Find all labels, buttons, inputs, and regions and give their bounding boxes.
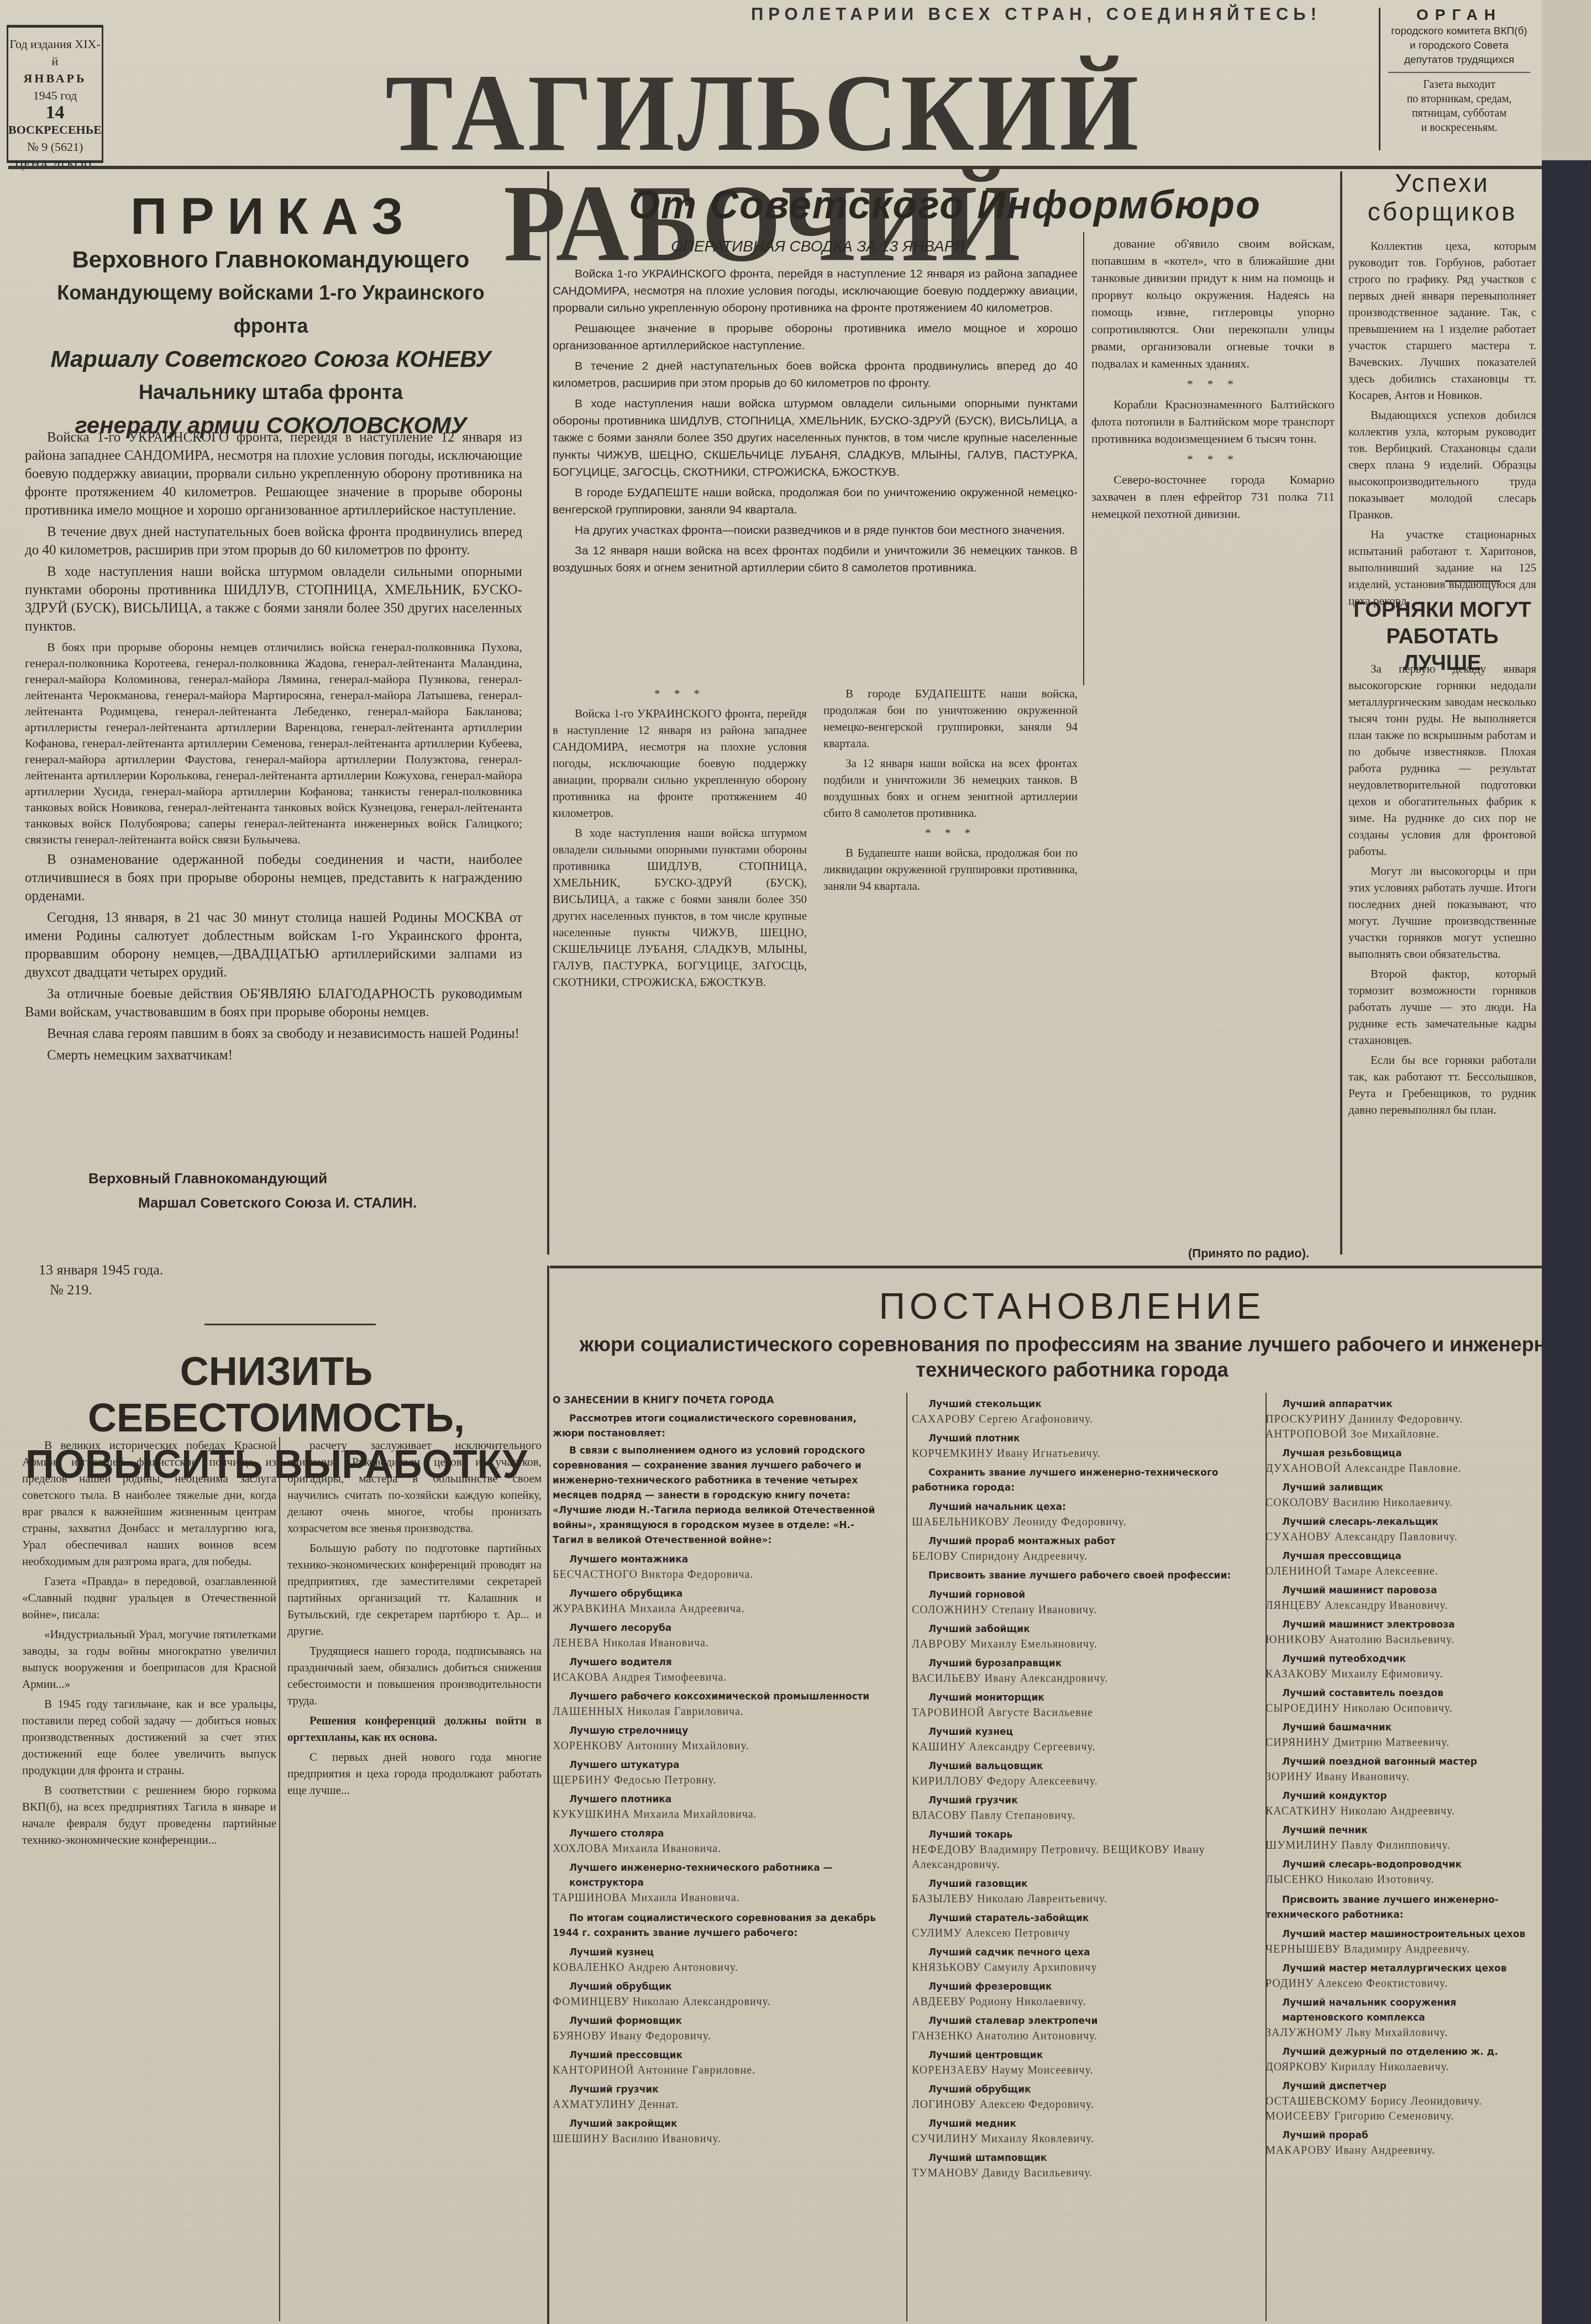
award-name: ЗАЛУЖНОМУ Льву Михайловичу. bbox=[1266, 2026, 1536, 2040]
paragraph: Могут ли высокогорцы и при этих условиях… bbox=[1348, 863, 1536, 962]
award-title: Лучшая прессовщица bbox=[1266, 1549, 1536, 1564]
paragraph: В городе БУДАПЕШТЕ наши войска, продолжа… bbox=[553, 484, 1078, 518]
paragraph: В соответствии с решением бюро горкома В… bbox=[22, 1782, 276, 1848]
award-name: ОЛЕНИНОЙ Тамаре Алексеевне. bbox=[1266, 1564, 1536, 1579]
award-name: БЕСЧАСТНОГО Виктора Федоровича. bbox=[553, 1567, 884, 1582]
award-name: АХМАТУЛИНУ Деннат. bbox=[553, 2097, 884, 2112]
award-title: Лучшего столяра bbox=[553, 1827, 884, 1842]
day: 14 bbox=[8, 104, 102, 121]
award-name: КАСАТКИНУ Николаю Андреевичу. bbox=[1266, 1804, 1536, 1819]
organ-line: городского комитета ВКП(б) bbox=[1380, 24, 1538, 39]
award-name: ТАРОВИНОЙ Августе Васильевне bbox=[912, 1706, 1238, 1720]
prikaz-body: Войска 1-го УКРАИНСКОГО фронта, перейдя … bbox=[25, 428, 522, 1068]
award-name: ЛАВРОВУ Михаилу Емельяновичу. bbox=[912, 1637, 1238, 1652]
award-title: Лучшего рабочего коксохимической промышл… bbox=[553, 1690, 884, 1704]
prikaz-addressees: Верховного Главнокомандующего Командующе… bbox=[22, 243, 519, 442]
weekday: ВОСКРЕСЕНЬЕ bbox=[8, 121, 102, 138]
award-title: Лучший прораб монтажных работ bbox=[912, 1534, 1238, 1549]
paragraph: расчету заслуживает исключительного вним… bbox=[287, 1437, 542, 1536]
award-title: Лучший начальник сооружения мартеновског… bbox=[1266, 1996, 1536, 2026]
separator-stars: * * * bbox=[1091, 375, 1335, 392]
prikaz-heading: ПРИКАЗ bbox=[0, 188, 547, 246]
award-name: ЛЫСЕНКО Николаю Изотовичу. bbox=[1266, 1872, 1536, 1887]
sovinformburo-low-col-2: В городе БУДАПЕШТЕ наши войска, продолжа… bbox=[823, 685, 1078, 898]
award-title: Лучший кузнец bbox=[553, 1945, 884, 1960]
award-title: Лучшего плотника bbox=[553, 1792, 884, 1807]
sovinformburo-low-col-1: * * * Войска 1-го УКРАИНСКОГО фронта, пе… bbox=[553, 685, 807, 994]
paragraph: Если бы все горняки работали так, как ра… bbox=[1348, 1052, 1536, 1118]
award-name: ШАБЕЛЬНИКОВУ Леониду Федоровичу. bbox=[912, 1515, 1238, 1530]
paragraph: В боях при прорыве обороны немцев отличи… bbox=[25, 639, 522, 847]
award-name: ЛАШЕННЫХ Николая Гавриловича. bbox=[553, 1704, 884, 1719]
award-title: Лучшего лесоруба bbox=[553, 1621, 884, 1636]
award-title: Лучший токарь bbox=[912, 1828, 1238, 1843]
paragraph: Войска 1-го УКРАИНСКОГО фронта, перейдя … bbox=[553, 265, 1078, 317]
award-title: Лучший путеобходчик bbox=[1266, 1652, 1536, 1667]
award-name: БЕЛОВУ Спиридону Андреевичу. bbox=[912, 1549, 1238, 1564]
paragraph: Выдающихся успехов добился коллектив узл… bbox=[1348, 407, 1536, 523]
award-name: ЛЕНЕВА Николая Ивановича. bbox=[553, 1636, 884, 1651]
paragraph: В течение двух дней наступательных боев … bbox=[25, 523, 522, 559]
intro: Рассмотрев итоги социалистического сорев… bbox=[553, 1412, 884, 1441]
award-name: ХОРЕНКОВУ Антонину Михайловну. bbox=[553, 1739, 884, 1754]
award-name: ВЛАСОВУ Павлу Степановичу. bbox=[912, 1808, 1238, 1823]
column-divider bbox=[1083, 232, 1084, 685]
intro: Сохранить звание лучшего инженерно-техни… bbox=[912, 1466, 1238, 1496]
separator-stars: * * * bbox=[823, 825, 1078, 841]
award-title: Лучший мониторщик bbox=[912, 1691, 1238, 1706]
paragraph: В течение 2 дней наступательных боев вой… bbox=[553, 358, 1078, 392]
editorial-col-1: В великих исторических победах Красной А… bbox=[22, 1437, 276, 1851]
prikaz-sub-line: Начальнику штаба фронта bbox=[22, 376, 519, 409]
intro: По итогам социалистического соревнования… bbox=[553, 1911, 884, 1941]
award-title: Лучший стекольщик bbox=[912, 1397, 1238, 1412]
sovinformburo-summary: Войска 1-го УКРАИНСКОГО фронта, перейдя … bbox=[553, 265, 1078, 580]
award-name: СОКОЛОВУ Василию Николаевичу. bbox=[1266, 1496, 1536, 1510]
award-name: РОДИНУ Алексею Феоктистовичу. bbox=[1266, 1976, 1536, 1991]
newspaper-page: Год издания XIX-й ЯНВАРЬ 1945 год 14 ВОС… bbox=[0, 0, 1542, 2324]
paragraph: Решающее значение в прорыве обороны прот… bbox=[553, 320, 1078, 354]
editorial-col-2: расчету заслуживает исключительного вним… bbox=[287, 1437, 542, 1802]
award-title: Лучший старатель-забойщик bbox=[912, 1911, 1238, 1926]
award-name: ЩЕРБИНУ Федосью Петровну. bbox=[553, 1773, 884, 1788]
award-title: Лучший вальцовщик bbox=[912, 1759, 1238, 1774]
radio-note: (Принято по радио). bbox=[1188, 1246, 1309, 1261]
award-title: Лучший машинист паровоза bbox=[1266, 1583, 1536, 1598]
resolution-col-1: О ЗАНЕСЕНИИ В КНИГУ ПОЧЕТА ГОРОДА Рассмо… bbox=[553, 1390, 884, 2147]
column-divider bbox=[1340, 171, 1342, 1255]
sovinformburo-right-col: дование об'явило своим войскам, попавшим… bbox=[1091, 235, 1335, 526]
signature: Верховный Главнокомандующий Маршал Совет… bbox=[88, 1166, 531, 1215]
award-title: Лучший горновой bbox=[912, 1588, 1238, 1603]
prikaz-sub-line: Командующему войсками 1-го Украинского ф… bbox=[22, 276, 519, 343]
paragraph: В ходе наступления наши войска штурмом о… bbox=[25, 563, 522, 636]
paragraph: Вечная слава героям павшим в боях за сво… bbox=[25, 1025, 522, 1043]
award-title: Лучший составитель поездов bbox=[1266, 1686, 1536, 1701]
background bbox=[1542, 0, 1591, 160]
award-name: ИСАКОВА Андрея Тимофеевича. bbox=[553, 1670, 884, 1685]
paragraph: За первую декаду января высокогорские го… bbox=[1348, 660, 1536, 859]
award-name: КАЗАКОВУ Михаилу Ефимовичу. bbox=[1266, 1667, 1536, 1682]
award-name: ЖУРАВКИНА Михаила Андреевича. bbox=[553, 1602, 884, 1617]
award-title: Лучший аппаратчик bbox=[1266, 1397, 1536, 1412]
award-name: ЗОРИНУ Ивану Ивановичу. bbox=[1266, 1770, 1536, 1785]
award-title: Лучший начальник цеха: bbox=[912, 1500, 1238, 1515]
paragraph: В ознаменование одержанной победы соедин… bbox=[25, 851, 522, 905]
article-uspekhi: Коллектив цеха, которым руководит тов. Г… bbox=[1348, 238, 1536, 612]
award-name: ВАСИЛЬЕВУ Ивану Александровичу. bbox=[912, 1671, 1238, 1686]
award-title: Лучший слесарь-водопроводчик bbox=[1266, 1858, 1536, 1872]
award-name: КНЯЗЬКОВУ Самуилу Архиповичу bbox=[912, 1960, 1238, 1975]
award-title: Лучший садчик печного цеха bbox=[912, 1945, 1238, 1960]
award-title: Лучший мастер машиностроительных цехов bbox=[1266, 1927, 1536, 1942]
award-title: Лучшего водителя bbox=[553, 1655, 884, 1670]
award-name: СЫРОЕДИНУ Николаю Осиповичу. bbox=[1266, 1701, 1536, 1716]
award-title: Лучшая резьбовщица bbox=[1266, 1446, 1536, 1461]
award-name: ШЕШИНУ Василию Ивановичу. bbox=[553, 2132, 884, 2147]
resolution-subheading: жюри социалистического соревнования по п… bbox=[553, 1332, 1591, 1383]
award-title: Лучший кузнец bbox=[912, 1725, 1238, 1740]
paragraph: Северо-восточнее города Комарно захвачен… bbox=[1091, 471, 1335, 522]
december-keep-list: Лучший кузнецКОВАЛЕНКО Андрею Антоновичу… bbox=[553, 1945, 884, 2147]
column-divider bbox=[547, 171, 549, 1255]
paragraph: В великих исторических победах Красной А… bbox=[22, 1437, 276, 1570]
organ-line: и городского Совета bbox=[1380, 39, 1538, 53]
award-name: СУЛИМУ Алексею Петровичу bbox=[912, 1926, 1238, 1941]
award-title: Лучший мастер металлургических цехов bbox=[1266, 1961, 1536, 1976]
award-title: Лучшего инженерно-технического работника… bbox=[553, 1861, 884, 1891]
article-gornyaki: За первую декаду января высокогорские го… bbox=[1348, 660, 1536, 1121]
award-title: Лучший прораб bbox=[1266, 2128, 1536, 2143]
award-title: Лучший обрубщик bbox=[553, 1980, 884, 1995]
award-name: ОСТАШЕВСКОМУ Борису Леонидовичу. МОИСЕЕВ… bbox=[1266, 2094, 1536, 2124]
award-title: Лучший закройщик bbox=[553, 2117, 884, 2132]
schedule-line: Газета выходит bbox=[1380, 77, 1538, 92]
order-date: 13 января 1945 года. № 219. bbox=[39, 1260, 163, 1300]
paragraph: На других участках фронта—поиски разведч… bbox=[553, 522, 1078, 539]
award-title: Лучший машинист электровоза bbox=[1266, 1618, 1536, 1633]
award-name: ХОХЛОВА Михаила Ивановича. bbox=[553, 1842, 884, 1856]
order-number: № 219. bbox=[39, 1280, 163, 1300]
paragraph: В 1945 году тагильчане, как и все уральц… bbox=[22, 1696, 276, 1779]
organ-line: депутатов трудящихся bbox=[1380, 53, 1538, 67]
prikaz-sub-line: Верховного Главнокомандующего bbox=[22, 243, 519, 276]
award-name: КАШИНУ Александру Сергеевичу. bbox=[912, 1740, 1238, 1755]
paragraph: Газета «Правда» в передовой, озаглавленн… bbox=[22, 1573, 276, 1623]
honor-book-list: Лучшего монтажникаБЕСЧАСТНОГО Виктора Фе… bbox=[553, 1552, 884, 1906]
award-title: Лучший башмачник bbox=[1266, 1720, 1536, 1735]
paragraph: В Будапеште наши войска, продолжая бои п… bbox=[823, 844, 1078, 894]
award-name: КИРИЛЛОВУ Федору Алексеевичу. bbox=[912, 1774, 1238, 1789]
award-title: Лучший штамповщик bbox=[912, 2151, 1238, 2166]
award-name: СОЛОЖНИНУ Степану Ивановичу. bbox=[912, 1603, 1238, 1618]
award-name: КОРЕНЗАЕВУ Науму Моисеевичу. bbox=[912, 2063, 1238, 2078]
itr-keep-list: Лучший начальник цеха:ШАБЕЛЬНИКОВУ Леони… bbox=[912, 1500, 1238, 1564]
year: 1945 год bbox=[8, 87, 102, 104]
award-name: ТАРШИНОВА Михаила Ивановича. bbox=[553, 1891, 884, 1906]
sovinformburo-heading: От Советского Информбюро bbox=[553, 182, 1337, 228]
paragraph: В ходе наступления наши войска штурмом о… bbox=[553, 825, 807, 990]
paragraph: В городе БУДАПЕШТЕ наши войска, продолжа… bbox=[823, 685, 1078, 752]
divider bbox=[1388, 72, 1530, 73]
award-title: Лучшего обрубщика bbox=[553, 1587, 884, 1602]
award-name: ЮНИКОВУ Анатолию Васильевичу. bbox=[1266, 1633, 1536, 1648]
award-title: Лучший газовщик bbox=[912, 1877, 1238, 1892]
date: 13 января 1945 года. bbox=[39, 1260, 163, 1280]
paragraph: Корабли Краснознаменного Балтийского фло… bbox=[1091, 396, 1335, 447]
award-title: Лучшего штукатура bbox=[553, 1758, 884, 1773]
separator-stars: * * * bbox=[1091, 450, 1335, 468]
paragraph: «Индустриальный Урал, могучие пятилеткам… bbox=[22, 1626, 276, 1692]
award-title: Лучший центровщик bbox=[912, 2048, 1238, 2063]
paragraph: Войска 1-го УКРАИНСКОГО фронта, перейдя … bbox=[553, 705, 807, 821]
award-name: ФОМИНЦЕВУ Николаю Александровичу. bbox=[553, 1995, 884, 2010]
award-name: СУЧИЛИНУ Михаилу Яковлевичу. bbox=[912, 2132, 1238, 2147]
paragraph: Сегодня, 13 января, в 21 час 30 минут ст… bbox=[25, 909, 522, 982]
section-rule bbox=[550, 1266, 1542, 1268]
section-title: О ЗАНЕСЕНИИ В КНИГУ ПОЧЕТА ГОРОДА bbox=[553, 1393, 884, 1408]
award-title: Лучший сталевар электропечи bbox=[912, 2014, 1238, 2029]
paragraph: Смерть немецким захватчикам! bbox=[25, 1046, 522, 1064]
paragraph: За 12 января наши войска на всех фронтах… bbox=[823, 755, 1078, 821]
award-name: САХАРОВУ Сергею Агафоновичу. bbox=[912, 1412, 1238, 1427]
column-divider bbox=[547, 1266, 549, 2324]
assign-itr-list: Лучший мастер машиностроительных цеховЧЕ… bbox=[1266, 1927, 1536, 2158]
intro: В связи с выполнением одного из условий … bbox=[553, 1444, 884, 1548]
award-name: ДУХАНОВОЙ Александре Павловне. bbox=[1266, 1461, 1536, 1476]
award-name: ШУМИЛИНУ Павлу Филипповичу. bbox=[1266, 1838, 1536, 1853]
resolution-col-2: Лучший стекольщикСАХАРОВУ Сергею Агафоно… bbox=[912, 1393, 1238, 2181]
issue-info-box: Год издания XIX-й ЯНВАРЬ 1945 год 14 ВОС… bbox=[7, 25, 103, 163]
column-divider bbox=[279, 1437, 280, 2321]
award-title: Лучший печник bbox=[1266, 1823, 1536, 1838]
award-title: Лучший грузчик bbox=[912, 1793, 1238, 1808]
column-divider bbox=[906, 1393, 907, 2321]
award-name: ЛОГИНОВУ Алексею Федоровичу. bbox=[912, 2097, 1238, 2112]
slogan: ПРОЛЕТАРИИ ВСЕХ СТРАН, СОЕДИНЯЙТЕСЬ! bbox=[718, 4, 1354, 24]
article-heading-uspekhi: Успехи сборщиков bbox=[1348, 169, 1536, 226]
award-name: КАНТОРИНОЙ Антонине Гавриловне. bbox=[553, 2063, 884, 2078]
schedule-line: по вторникам, средам, bbox=[1380, 92, 1538, 106]
award-title: Лучший формовщик bbox=[553, 2014, 884, 2029]
paragraph: За 12 января наши войска на всех фронтах… bbox=[553, 542, 1078, 576]
month: ЯНВАРЬ bbox=[8, 70, 102, 87]
award-name: ГАНЗЕНКО Анатолию Антоновичу. bbox=[912, 2029, 1238, 2044]
award-title: Лучший фрезеровщик bbox=[912, 1980, 1238, 1995]
prikaz-sub-line: Маршалу Советского Союза КОНЕВУ bbox=[22, 343, 519, 376]
award-name: КОРЧЕМКИНУ Ивану Игнатьевичу. bbox=[912, 1446, 1238, 1461]
issue-number: № 9 (5621) bbox=[8, 138, 102, 155]
masthead-rule bbox=[8, 166, 1542, 169]
intro: Присвоить звание лучшего рабочего своей … bbox=[912, 1568, 1238, 1583]
ornament-rule bbox=[204, 1324, 376, 1325]
award-name: АВДЕЕВУ Родиону Николаевичу. bbox=[912, 1995, 1238, 2010]
award-title: Лучший медник bbox=[912, 2117, 1238, 2132]
award-title: Лучший обрубщик bbox=[912, 2082, 1238, 2097]
paragraph: Второй фактор, который тормозит возможно… bbox=[1348, 966, 1536, 1048]
intro: Присвоить звание лучшего инженерно-техни… bbox=[1266, 1893, 1536, 1923]
year-of-publication: Год издания XIX-й bbox=[8, 35, 102, 70]
schedule-line: и воскресеньям. bbox=[1380, 120, 1538, 135]
signature-title: Верховный Главнокомандующий bbox=[88, 1166, 531, 1190]
award-title: Лучший заливщик bbox=[1266, 1481, 1536, 1496]
award-title: Лучший диспетчер bbox=[1266, 2079, 1536, 2094]
award-name: МАКАРОВУ Ивану Андреевичу. bbox=[1266, 2143, 1536, 2158]
paragraph: Коллектив цеха, которым руководит тов. Г… bbox=[1348, 238, 1536, 403]
paragraph: В ходе наступления наши войска штурмом о… bbox=[553, 395, 1078, 481]
award-name: НЕФЕДОВУ Владимиру Петровичу. ВЕЩИКОВУ И… bbox=[912, 1843, 1238, 1872]
sovinformburo-subheading: ОПЕРАТИВНАЯ СВОДКА ЗА 13 ЯНВАРЯ bbox=[553, 238, 1083, 255]
award-title: Лучший грузчик bbox=[553, 2082, 884, 2097]
paragraph: Большую работу по подготовке партийных т… bbox=[287, 1540, 542, 1639]
paragraph: Решения конференций должны войти в оргте… bbox=[287, 1712, 542, 1745]
resolution-heading: ПОСТАНОВЛЕНИЕ bbox=[553, 1285, 1591, 1327]
award-name: КОВАЛЕНКО Андрею Антоновичу. bbox=[553, 1960, 884, 1975]
organ-box: ОРГАН городского комитета ВКП(б) и город… bbox=[1379, 8, 1538, 150]
award-name: БАЗЫЛЕВУ Николаю Лаврентьевичу. bbox=[912, 1892, 1238, 1907]
paragraph: Трудящиеся нашего города, подписываясь н… bbox=[287, 1643, 542, 1709]
award-title: Лучший слесарь-лекальщик bbox=[1266, 1515, 1536, 1530]
article-divider bbox=[1445, 580, 1500, 582]
award-name: ЛЯНЦЕВУ Александру Ивановичу. bbox=[1266, 1598, 1536, 1613]
paragraph: Войска 1-го УКРАИНСКОГО фронта, перейдя … bbox=[25, 428, 522, 520]
assign-workers-list: Лучший аппаратчикПРОСКУРИНУ Даниилу Федо… bbox=[1266, 1397, 1536, 1887]
assign-workers-list: Лучший горновойСОЛОЖНИНУ Степану Иванови… bbox=[912, 1588, 1238, 2181]
award-title: Лучший бурозаправщик bbox=[912, 1656, 1238, 1671]
schedule-line: пятницам, субботам bbox=[1380, 106, 1538, 120]
resolution-col-3: Лучший аппаратчикПРОСКУРИНУ Даниилу Федо… bbox=[1266, 1393, 1536, 2158]
award-title: Лучший кондуктор bbox=[1266, 1789, 1536, 1804]
award-title: Лучшего монтажника bbox=[553, 1552, 884, 1567]
signature-name: Маршал Советского Союза И. СТАЛИН. bbox=[88, 1190, 531, 1215]
paragraph: С первых дней нового года многие предпри… bbox=[287, 1749, 542, 1798]
award-title: Лучший дежурный по отделению ж. д. bbox=[1266, 2045, 1536, 2060]
price: ЦЕНА 20 КОП. bbox=[8, 155, 102, 172]
organ-heading: ОРГАН bbox=[1380, 8, 1538, 22]
award-name: КУКУШКИНА Михаила Михайловича. bbox=[553, 1807, 884, 1822]
award-name: ТУМАНОВУ Давиду Васильевичу. bbox=[912, 2166, 1238, 2181]
award-name: БУЯНОВУ Ивану Федоровичу. bbox=[553, 2029, 884, 2044]
award-title: Лучший забойщик bbox=[912, 1622, 1238, 1637]
paragraph: дование об'явило своим войскам, попавшим… bbox=[1091, 235, 1335, 372]
award-name: ДОЯРКОВУ Кириллу Николаевичу. bbox=[1266, 2060, 1536, 2075]
award-title: Лучшую стрелочницу bbox=[553, 1724, 884, 1739]
december-keep-list: Лучший стекольщикСАХАРОВУ Сергею Агафоно… bbox=[912, 1397, 1238, 1461]
award-name: СИРЯНИНУ Дмитрию Матвеевичу. bbox=[1266, 1735, 1536, 1750]
award-title: Лучший поездной вагонный мастер bbox=[1266, 1755, 1536, 1770]
background-edge bbox=[1542, 160, 1591, 2324]
award-title: Лучший плотник bbox=[912, 1431, 1238, 1446]
award-name: ЧЕРНЫШЕВУ Владимиру Андреевичу. bbox=[1266, 1942, 1536, 1957]
award-name: ПРОСКУРИНУ Даниилу Федоровичу. АНТРОПОВО… bbox=[1266, 1412, 1536, 1442]
paragraph: За отличные боевые действия ОБ'ЯВЛЯЮ БЛА… bbox=[25, 985, 522, 1021]
award-title: Лучший прессовщик bbox=[553, 2048, 884, 2063]
award-name: СУХАНОВУ Александру Павловичу. bbox=[1266, 1530, 1536, 1545]
separator-stars: * * * bbox=[553, 685, 807, 702]
